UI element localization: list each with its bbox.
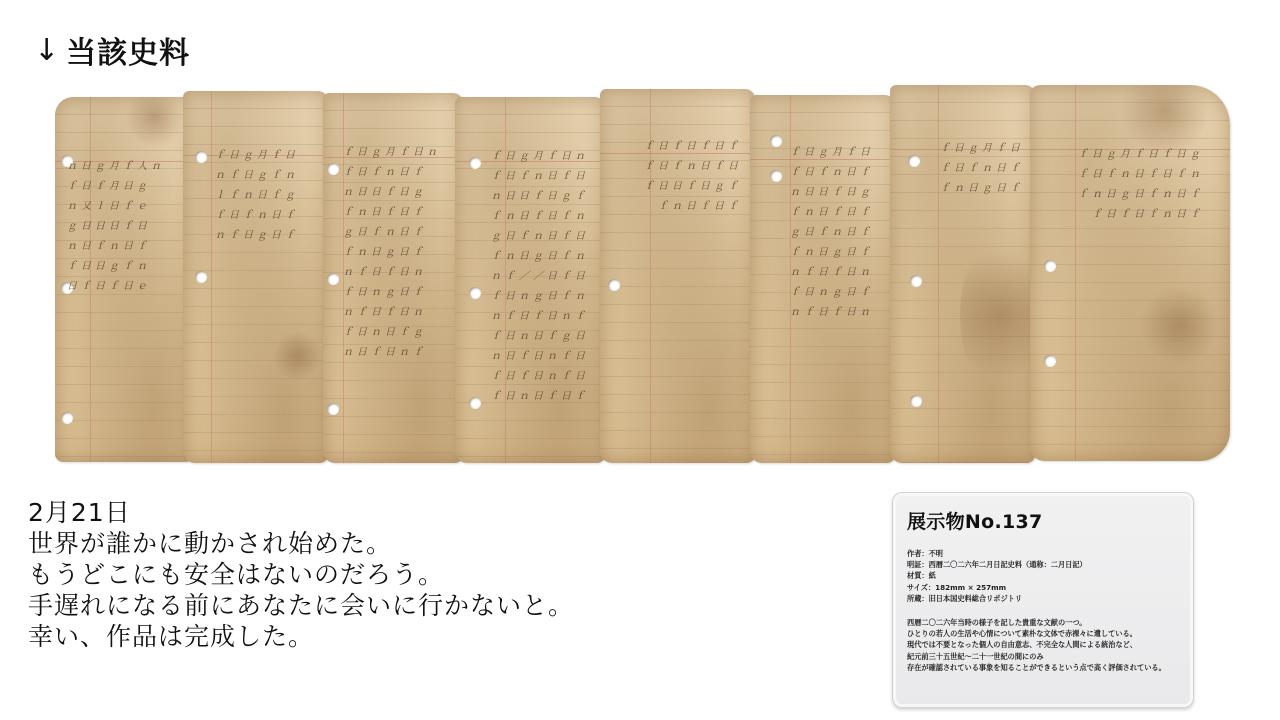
placard-title: 展示物No.137 [907,507,1179,534]
exhibit-placard: 展示物No.137 作者：不明 明証：西暦二〇二六年二月日記史料（通称：二月日記… [892,492,1194,708]
document-page-1: ｎ日ｇ月ｆ人ｎ ｆ日ｆ月日ｇ ｎ又ｌ日ｆｅ ｇ日日日ｆ日 ｎ日ｆｎ日ｆ ｆ日日ｇ… [55,97,195,462]
diary-line-3: 手遅れになる前にあなたに会いに行かないと。 [28,590,574,621]
document-page-4: ｆ日ｇ月ｆ日ｎ ｆ日ｆｎ日ｆ日 ｎ日日ｆ日ｇｆ ｆｎ日ｆ日ｆｎ ｇ日ｆｎ日ｆ日 … [455,97,605,463]
section-heading: ↓ 当該史料 [34,28,190,72]
document-page-2: ｆ日ｇ月ｆ日 ｎｆ日ｇｆｎ ｌｆｎ日ｆｇ ｆ日ｆｎ日ｆ ｎｆ日ｇ日ｆ [183,91,328,463]
diary-date: 2月21日 [28,497,574,528]
placard-desc-line-5: 存在が確認されている事象を知ることができるという点で高く評価されている。 [907,662,1179,673]
document-page-3: ｆ日ｇ月ｆ日ｎ ｆ日ｆｎ日ｆ ｎ日日ｆ日ｇ ｆｎ日ｆ日ｆ ｇ日ｆｎ日ｆ ｆｎ日ｇ… [323,93,463,463]
placard-description: 西暦二〇二六年当時の様子を記した貴重な文献の一つ。 ひとりの若人の生活や心情につ… [907,617,1179,673]
diary-line-1: 世界が誰かに動かされ始めた。 [28,528,574,559]
placard-meta: 作者：不明 明証：西暦二〇二六年二月日記史料（通称：二月日記） 材質：紙 サイズ… [907,548,1179,604]
placard-size: サイズ：182mm × 257mm [907,582,1179,593]
placard-desc-line-3: 現代では不要となった個人の自由意志、不完全な人間による統治など、 [907,639,1179,650]
document-artifact-image: ｎ日ｇ月ｆ人ｎ ｆ日ｆ月日ｇ ｎ又ｌ日ｆｅ ｇ日日日ｆ日 ｎ日ｆｎ日ｆ ｆ日日ｇ… [55,85,1230,470]
diary-line-4: 幸い、作品は完成した。 [28,621,574,652]
document-page-6: ｆ日ｇ月ｆ日 ｆ日ｆｎ日ｆ ｎ日日ｆ日ｇ ｆｎ日ｆ日ｆ ｇ日ｆｎ日ｆ ｆｎ日ｇ日… [750,95,895,463]
placard-collection: 所蔵：旧日本国史料総合リポジトリ [907,593,1179,604]
diary-entry: 2月21日 世界が誰かに動かされ始めた。 もうどこにも安全はないのだろう。 手遅… [28,497,574,652]
placard-desc-line-4: 紀元前三十五世紀〜二十一世紀の間にのみ [907,651,1179,662]
placard-material: 材質：紙 [907,570,1179,581]
placard-desc-line-2: ひとりの若人の生活や心情について素朴な文体で赤裸々に遺している。 [907,628,1179,639]
placard-desc-line-1: 西暦二〇二六年当時の様子を記した貴重な文献の一つ。 [907,617,1179,628]
placard-provenance: 明証：西暦二〇二六年二月日記史料（通称：二月日記） [907,559,1179,570]
document-page-7: ｆ日ｇ月ｆ日 ｆ日ｆｎ日ｆ ｆｎ日ｇ日ｆ [890,85,1035,463]
placard-author: 作者：不明 [907,548,1179,559]
diary-line-2: もうどこにも安全はないのだろう。 [28,559,574,590]
section-title: 当該史料 [66,28,190,72]
document-page-8: ｆ日ｇ月ｆ日ｆ日ｇ ｆ日ｆｎ日ｆ日ｆｎ ｆｎ日ｇ日ｆｎ日ｆ ｆ日ｆ日ｆｎ日ｆ [1030,85,1230,461]
document-page-5: ｆ日ｆ日ｆ日ｆ ｆ日ｆｎ日ｆ日 ｆ日日ｆ日ｇｆ ｆｎ日ｆ日ｆ [600,89,755,463]
down-arrow-icon: ↓ [34,33,60,68]
